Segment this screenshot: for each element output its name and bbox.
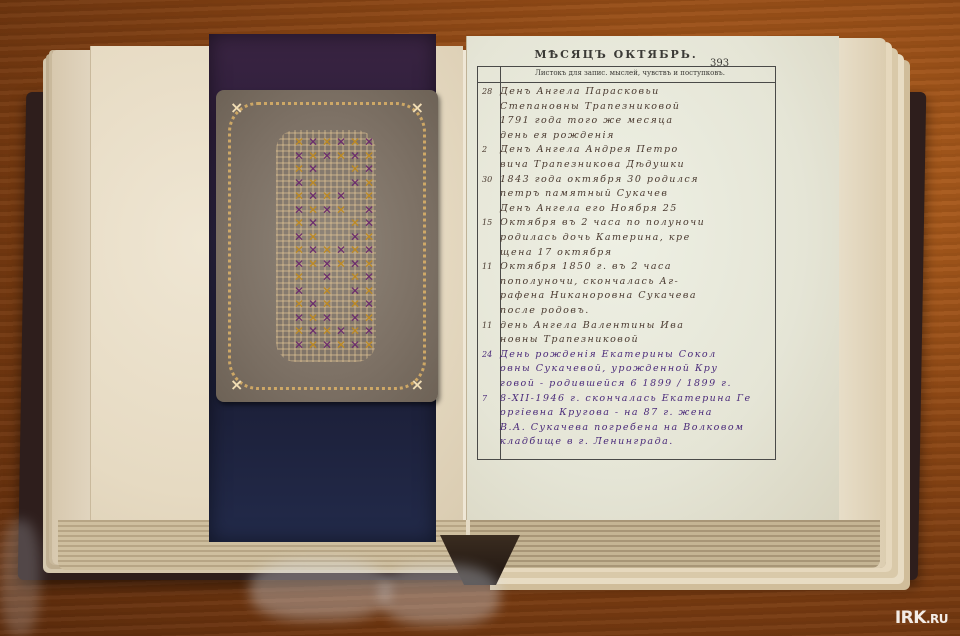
handwritten-line: 78-XII-1946 г. скончалась Екатерина Ге bbox=[482, 393, 772, 404]
entry-day: 11 bbox=[482, 321, 500, 330]
entry-text: Октября въ 2 часа по полуночи bbox=[500, 217, 705, 228]
right-page-edges bbox=[470, 520, 880, 568]
entry-text: овны Сукачевой, урожденной Кру bbox=[500, 363, 718, 374]
stitch-mark: ✕ bbox=[320, 298, 334, 312]
stitch-mark: ✕ bbox=[292, 190, 306, 204]
handwritten-line: 301843 года октября 30 родился bbox=[482, 174, 772, 185]
entry-day: 30 bbox=[482, 175, 500, 184]
stitch-mark: ✕ bbox=[362, 285, 376, 299]
stitch-mark: ✕ bbox=[292, 244, 306, 258]
stitch-mark: ✕ bbox=[362, 163, 376, 177]
stitch-mark: ✕ bbox=[306, 312, 320, 326]
handwritten-line: родилась дочь Катерина, кре bbox=[482, 232, 772, 243]
stitch-mark: ✕ bbox=[362, 204, 376, 218]
stitch-mark: ✕ bbox=[362, 258, 376, 272]
entry-day: 15 bbox=[482, 218, 500, 227]
entry-text: вича Трапезникова Дѣдушки bbox=[500, 159, 685, 170]
entry-text: Денъ Ангела его Ноября 25 bbox=[500, 203, 678, 214]
entry-text: В.А. Сукачева погребена на Волковом bbox=[500, 422, 745, 433]
stitch-mark: ✕ bbox=[306, 325, 320, 339]
handwritten-line: овны Сукачевой, урожденной Кру bbox=[482, 363, 772, 374]
stitch-mark: ✕ bbox=[348, 325, 362, 339]
stitch-mark: ✕ bbox=[320, 244, 334, 258]
entry-text: пополуночи, скончалась Аг- bbox=[500, 276, 679, 287]
column-header: Листокъ для запис. мыслей, чувствъ и пос… bbox=[490, 69, 770, 77]
stitch-mark: ✕ bbox=[334, 298, 348, 312]
entry-text: 1791 года того же месяца bbox=[500, 115, 674, 126]
stitch-mark: ✕ bbox=[320, 150, 334, 164]
stitch-mark: ✕ bbox=[362, 150, 376, 164]
stitch-mark: ✕ bbox=[362, 298, 376, 312]
entry-text: Октября 1850 г. въ 2 часа bbox=[500, 261, 672, 272]
stitch-mark: ✕ bbox=[292, 231, 306, 245]
stitch-mark: ✕ bbox=[320, 339, 334, 353]
entry-text: день ея рожденія bbox=[500, 130, 615, 141]
stitch-mark: ✕ bbox=[292, 163, 306, 177]
entry-day: 28 bbox=[482, 87, 500, 96]
stitch-mark: ✕ bbox=[306, 244, 320, 258]
stitch-mark: ✕ bbox=[320, 271, 334, 285]
stitch-mark: ✕ bbox=[306, 177, 320, 191]
entry-text: 8-XII-1946 г. скончалась Екатерина Ге bbox=[500, 393, 752, 404]
corner-x-mark: × bbox=[411, 98, 424, 117]
stitch-mark: ✕ bbox=[334, 150, 348, 164]
stitch-mark: ✕ bbox=[348, 217, 362, 231]
stitch-mark: ✕ bbox=[334, 177, 348, 191]
stitch-mark: ✕ bbox=[362, 217, 376, 231]
stitch-mark: ✕ bbox=[362, 271, 376, 285]
entry-day: 7 bbox=[482, 394, 500, 403]
stitch-mark: ✕ bbox=[348, 190, 362, 204]
watermark: IRK.RU bbox=[895, 608, 948, 628]
stitch-mark: ✕ bbox=[306, 163, 320, 177]
corner-x-mark: × bbox=[230, 98, 243, 117]
handwritten-line: 28Денъ Ангела Парасковьи bbox=[482, 86, 772, 97]
stitch-mark: ✕ bbox=[362, 136, 376, 150]
entry-text: родилась дочь Катерина, кре bbox=[500, 232, 691, 243]
stitch-mark: ✕ bbox=[348, 339, 362, 353]
entry-text: Денъ Ангела Парасковьи bbox=[500, 86, 660, 97]
stitch-mark: ✕ bbox=[320, 190, 334, 204]
stitch-mark: ✕ bbox=[292, 325, 306, 339]
stitch-mark: ✕ bbox=[362, 339, 376, 353]
corner-x-mark: × bbox=[230, 375, 243, 394]
stitch-mark: ✕ bbox=[348, 271, 362, 285]
handwritten-line: 11Октября 1850 г. въ 2 часа bbox=[482, 261, 772, 272]
entry-text: щена 17 октября bbox=[500, 247, 613, 258]
stitch-mark: ✕ bbox=[320, 231, 334, 245]
handwritten-line: новны Трапезниковой bbox=[482, 334, 772, 345]
handwritten-line: пополуночи, скончалась Аг- bbox=[482, 276, 772, 287]
stitch-mark: ✕ bbox=[306, 136, 320, 150]
stitch-mark: ✕ bbox=[348, 258, 362, 272]
stitch-mark: ✕ bbox=[292, 150, 306, 164]
stitch-mark: ✕ bbox=[292, 339, 306, 353]
stitch-mark: ✕ bbox=[320, 325, 334, 339]
stitch-mark: ✕ bbox=[292, 271, 306, 285]
stitch-mark: ✕ bbox=[334, 136, 348, 150]
entry-text: день Ангела Валентины Ива bbox=[500, 320, 684, 331]
entry-text: говой - родившейся 6 1899 / 1899 г. bbox=[500, 378, 732, 389]
stitch-mark: ✕ bbox=[334, 339, 348, 353]
handwritten-line: 24День рожденія Екатерины Сокол bbox=[482, 349, 772, 360]
embroidered-bookmark-card: ✕✕✕✕✕✕✕✕✕✕✕✕✕✕✕✕✕✕✕✕✕✕✕✕✕✕✕✕✕✕✕✕✕✕✕✕✕✕✕✕… bbox=[216, 90, 438, 402]
glass-reflection bbox=[250, 560, 390, 620]
stitch-mark: ✕ bbox=[348, 163, 362, 177]
stitch-mark: ✕ bbox=[362, 177, 376, 191]
stitch-mark: ✕ bbox=[348, 244, 362, 258]
corner-x-mark: × bbox=[411, 375, 424, 394]
entry-text: 1843 года октября 30 родился bbox=[500, 174, 699, 185]
stitch-mark: ✕ bbox=[320, 258, 334, 272]
entry-day: 2 bbox=[482, 145, 500, 154]
stitch-mark: ✕ bbox=[362, 244, 376, 258]
stitch-mark: ✕ bbox=[292, 217, 306, 231]
stitch-mark: ✕ bbox=[306, 231, 320, 245]
stitch-mark: ✕ bbox=[306, 298, 320, 312]
handwritten-line: оргіевна Кругова - на 87 г. жена bbox=[482, 407, 772, 418]
glass-reflection bbox=[0, 520, 40, 636]
stitch-mark: ✕ bbox=[292, 204, 306, 218]
entry-text: петръ памятный Сукачев bbox=[500, 188, 668, 199]
glass-reflection bbox=[380, 565, 500, 625]
stitch-mark: ✕ bbox=[348, 150, 362, 164]
handwritten-line: щена 17 октября bbox=[482, 247, 772, 258]
entry-text: День рожденія Екатерины Сокол bbox=[500, 349, 717, 360]
handwritten-line: рафена Никаноровна Сукачева bbox=[482, 290, 772, 301]
stitch-mark: ✕ bbox=[334, 258, 348, 272]
stitch-mark: ✕ bbox=[292, 136, 306, 150]
stitch-mark: ✕ bbox=[292, 285, 306, 299]
handwritten-line: 2Денъ Ангела Андрея Петро bbox=[482, 144, 772, 155]
stitch-mark: ✕ bbox=[334, 217, 348, 231]
handwritten-line: 1791 года того же месяца bbox=[482, 115, 772, 126]
handwritten-line: говой - родившейся 6 1899 / 1899 г. bbox=[482, 378, 772, 389]
entry-text: кладбище в г. Ленинграда. bbox=[500, 436, 674, 447]
stitch-mark: ✕ bbox=[334, 231, 348, 245]
entry-day: 11 bbox=[482, 262, 500, 271]
stitch-mark: ✕ bbox=[320, 163, 334, 177]
stitch-mark: ✕ bbox=[292, 258, 306, 272]
handwritten-line: Степановны Трапезниковой bbox=[482, 101, 772, 112]
stitch-mark: ✕ bbox=[334, 204, 348, 218]
handwritten-line: 15Октября въ 2 часа по полуночи bbox=[482, 217, 772, 228]
stitch-mark: ✕ bbox=[306, 258, 320, 272]
stitch-mark: ✕ bbox=[306, 217, 320, 231]
stitch-mark: ✕ bbox=[334, 190, 348, 204]
handwritten-line: кладбище в г. Ленинграда. bbox=[482, 436, 772, 447]
handwritten-line: после родовъ. bbox=[482, 305, 772, 316]
entry-day: 24 bbox=[482, 350, 500, 359]
stitch-mark: ✕ bbox=[362, 312, 376, 326]
stitch-mark: ✕ bbox=[320, 136, 334, 150]
stitch-mark: ✕ bbox=[334, 163, 348, 177]
stitch-mark: ✕ bbox=[334, 271, 348, 285]
stitch-mark: ✕ bbox=[348, 312, 362, 326]
handwritten-line: вича Трапезникова Дѣдушки bbox=[482, 159, 772, 170]
stitch-mark: ✕ bbox=[292, 312, 306, 326]
handwritten-line: Денъ Ангела его Ноября 25 bbox=[482, 203, 772, 214]
entry-text: Денъ Ангела Андрея Петро bbox=[500, 144, 679, 155]
stitch-mark: ✕ bbox=[320, 285, 334, 299]
entry-text: рафена Никаноровна Сукачева bbox=[500, 290, 697, 301]
stitch-mark: ✕ bbox=[320, 217, 334, 231]
stitch-mark: ✕ bbox=[320, 312, 334, 326]
stitch-mark: ✕ bbox=[348, 231, 362, 245]
stitch-mark: ✕ bbox=[320, 177, 334, 191]
stitch-mark: ✕ bbox=[348, 298, 362, 312]
handwritten-line: день ея рожденія bbox=[482, 130, 772, 141]
stitch-mark: ✕ bbox=[334, 312, 348, 326]
stitch-mark: ✕ bbox=[334, 285, 348, 299]
stitch-mark: ✕ bbox=[320, 204, 334, 218]
cross-stitch-pattern: ✕✕✕✕✕✕✕✕✕✕✕✕✕✕✕✕✕✕✕✕✕✕✕✕✕✕✕✕✕✕✕✕✕✕✕✕✕✕✕✕… bbox=[292, 136, 376, 352]
stitch-mark: ✕ bbox=[362, 231, 376, 245]
stitch-mark: ✕ bbox=[292, 177, 306, 191]
handwritten-line: 11день Ангела Валентины Ива bbox=[482, 320, 772, 331]
handwritten-line: петръ памятный Сукачев bbox=[482, 188, 772, 199]
entry-text: Степановны Трапезниковой bbox=[500, 101, 680, 112]
stitch-mark: ✕ bbox=[306, 285, 320, 299]
stitch-mark: ✕ bbox=[334, 325, 348, 339]
stitch-mark: ✕ bbox=[306, 150, 320, 164]
stitch-mark: ✕ bbox=[348, 136, 362, 150]
entry-text: оргіевна Кругова - на 87 г. жена bbox=[500, 407, 713, 418]
stitch-mark: ✕ bbox=[348, 285, 362, 299]
stitch-mark: ✕ bbox=[362, 190, 376, 204]
stitch-mark: ✕ bbox=[306, 204, 320, 218]
stitch-mark: ✕ bbox=[306, 271, 320, 285]
handwritten-line: В.А. Сукачева погребена на Волковом bbox=[482, 422, 772, 433]
stitch-mark: ✕ bbox=[292, 298, 306, 312]
stitch-mark: ✕ bbox=[362, 325, 376, 339]
stitch-mark: ✕ bbox=[348, 177, 362, 191]
stitch-mark: ✕ bbox=[306, 190, 320, 204]
stitch-mark: ✕ bbox=[334, 244, 348, 258]
stitch-mark: ✕ bbox=[306, 339, 320, 353]
entry-text: новны Трапезниковой bbox=[500, 334, 639, 345]
entry-text: после родовъ. bbox=[500, 305, 590, 316]
stitch-mark: ✕ bbox=[348, 204, 362, 218]
